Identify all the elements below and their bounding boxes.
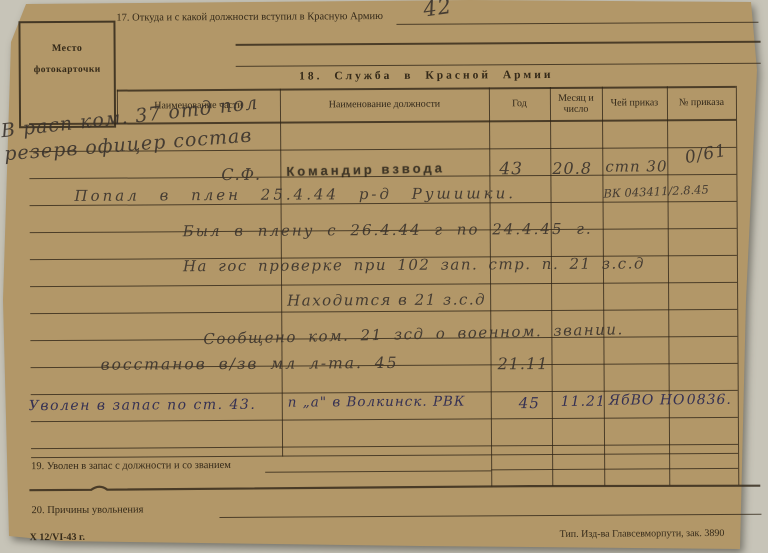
entry-discharged-order-no: 0836. (687, 392, 732, 408)
entry-row1-year: 43 (499, 159, 523, 179)
field19-label: 19. Уволен в запас с должности и со зван… (31, 460, 231, 472)
photo-box-label-line2: фотокарточки (21, 65, 114, 76)
col-header-order-no: № приказа (667, 86, 736, 120)
entry-row1-date: 20.8 (552, 159, 592, 178)
entry-discharged-whose-order: ЯбВО НО (609, 392, 686, 408)
entry-captured-order-no: ВК 043411/2.8.45 (603, 182, 709, 200)
entry-row1-order-no: 0/61 (683, 141, 728, 168)
section-divider-squiggle (29, 479, 761, 495)
entry-in-captivity: Был в плену с 26.4.44 г по 24.4.45 г. (183, 220, 593, 241)
field20-label: 20. Причины увольнения (31, 504, 143, 516)
entry-discharged-year: 45 (519, 394, 540, 412)
entry-rank-restored-date: 21.11 (497, 354, 548, 373)
entry-discharged-right: п „а" в Волкинск. РВК (288, 394, 466, 411)
field17-handwritten-value: 42 (422, 0, 454, 22)
field17-label: 17. Откуда и с какой должности вступил в… (116, 11, 383, 24)
col-header-position: Наименование должности (280, 87, 489, 122)
entry-discharged-left: Уволен в запас по ст. 43. (29, 397, 257, 414)
entry-discharged-date: 11.21 (561, 394, 606, 410)
entry-reported-rank: Сообщено ком. 21 зсд о военном. звании. (203, 320, 624, 348)
print-house-imprint: Тип. Изд-ва Главсевморпути, зак. 3890 (560, 528, 725, 540)
entry-row1-whose-order: стп 30 (605, 157, 667, 175)
entry-assignment-line3: С.Ф. (221, 165, 261, 184)
form-code: Х 12/VI-43 г. (30, 532, 85, 543)
entry-state-check: На гос проверке при 102 зап. стр. п. 21 … (183, 254, 645, 275)
entry-captured: Попал в плен 25.4.44 р-д Рушишки. (74, 184, 516, 205)
section18-title: 18. Служба в Красной Армии (117, 68, 736, 84)
entry-located: Находится в 21 з.с.д (287, 290, 486, 309)
entry-rank-restored: восстанов в/зв мл л-та. 45 (100, 354, 398, 374)
col-header-whose-order: Чей приказ (602, 86, 667, 120)
form-content: Место фотокарточки 17. Откуда и с какой … (0, 0, 768, 553)
photo-box-label-line1: Место (21, 43, 114, 55)
col-header-year: Год (489, 87, 550, 121)
col-header-month-day: Месяц и число (550, 87, 602, 121)
